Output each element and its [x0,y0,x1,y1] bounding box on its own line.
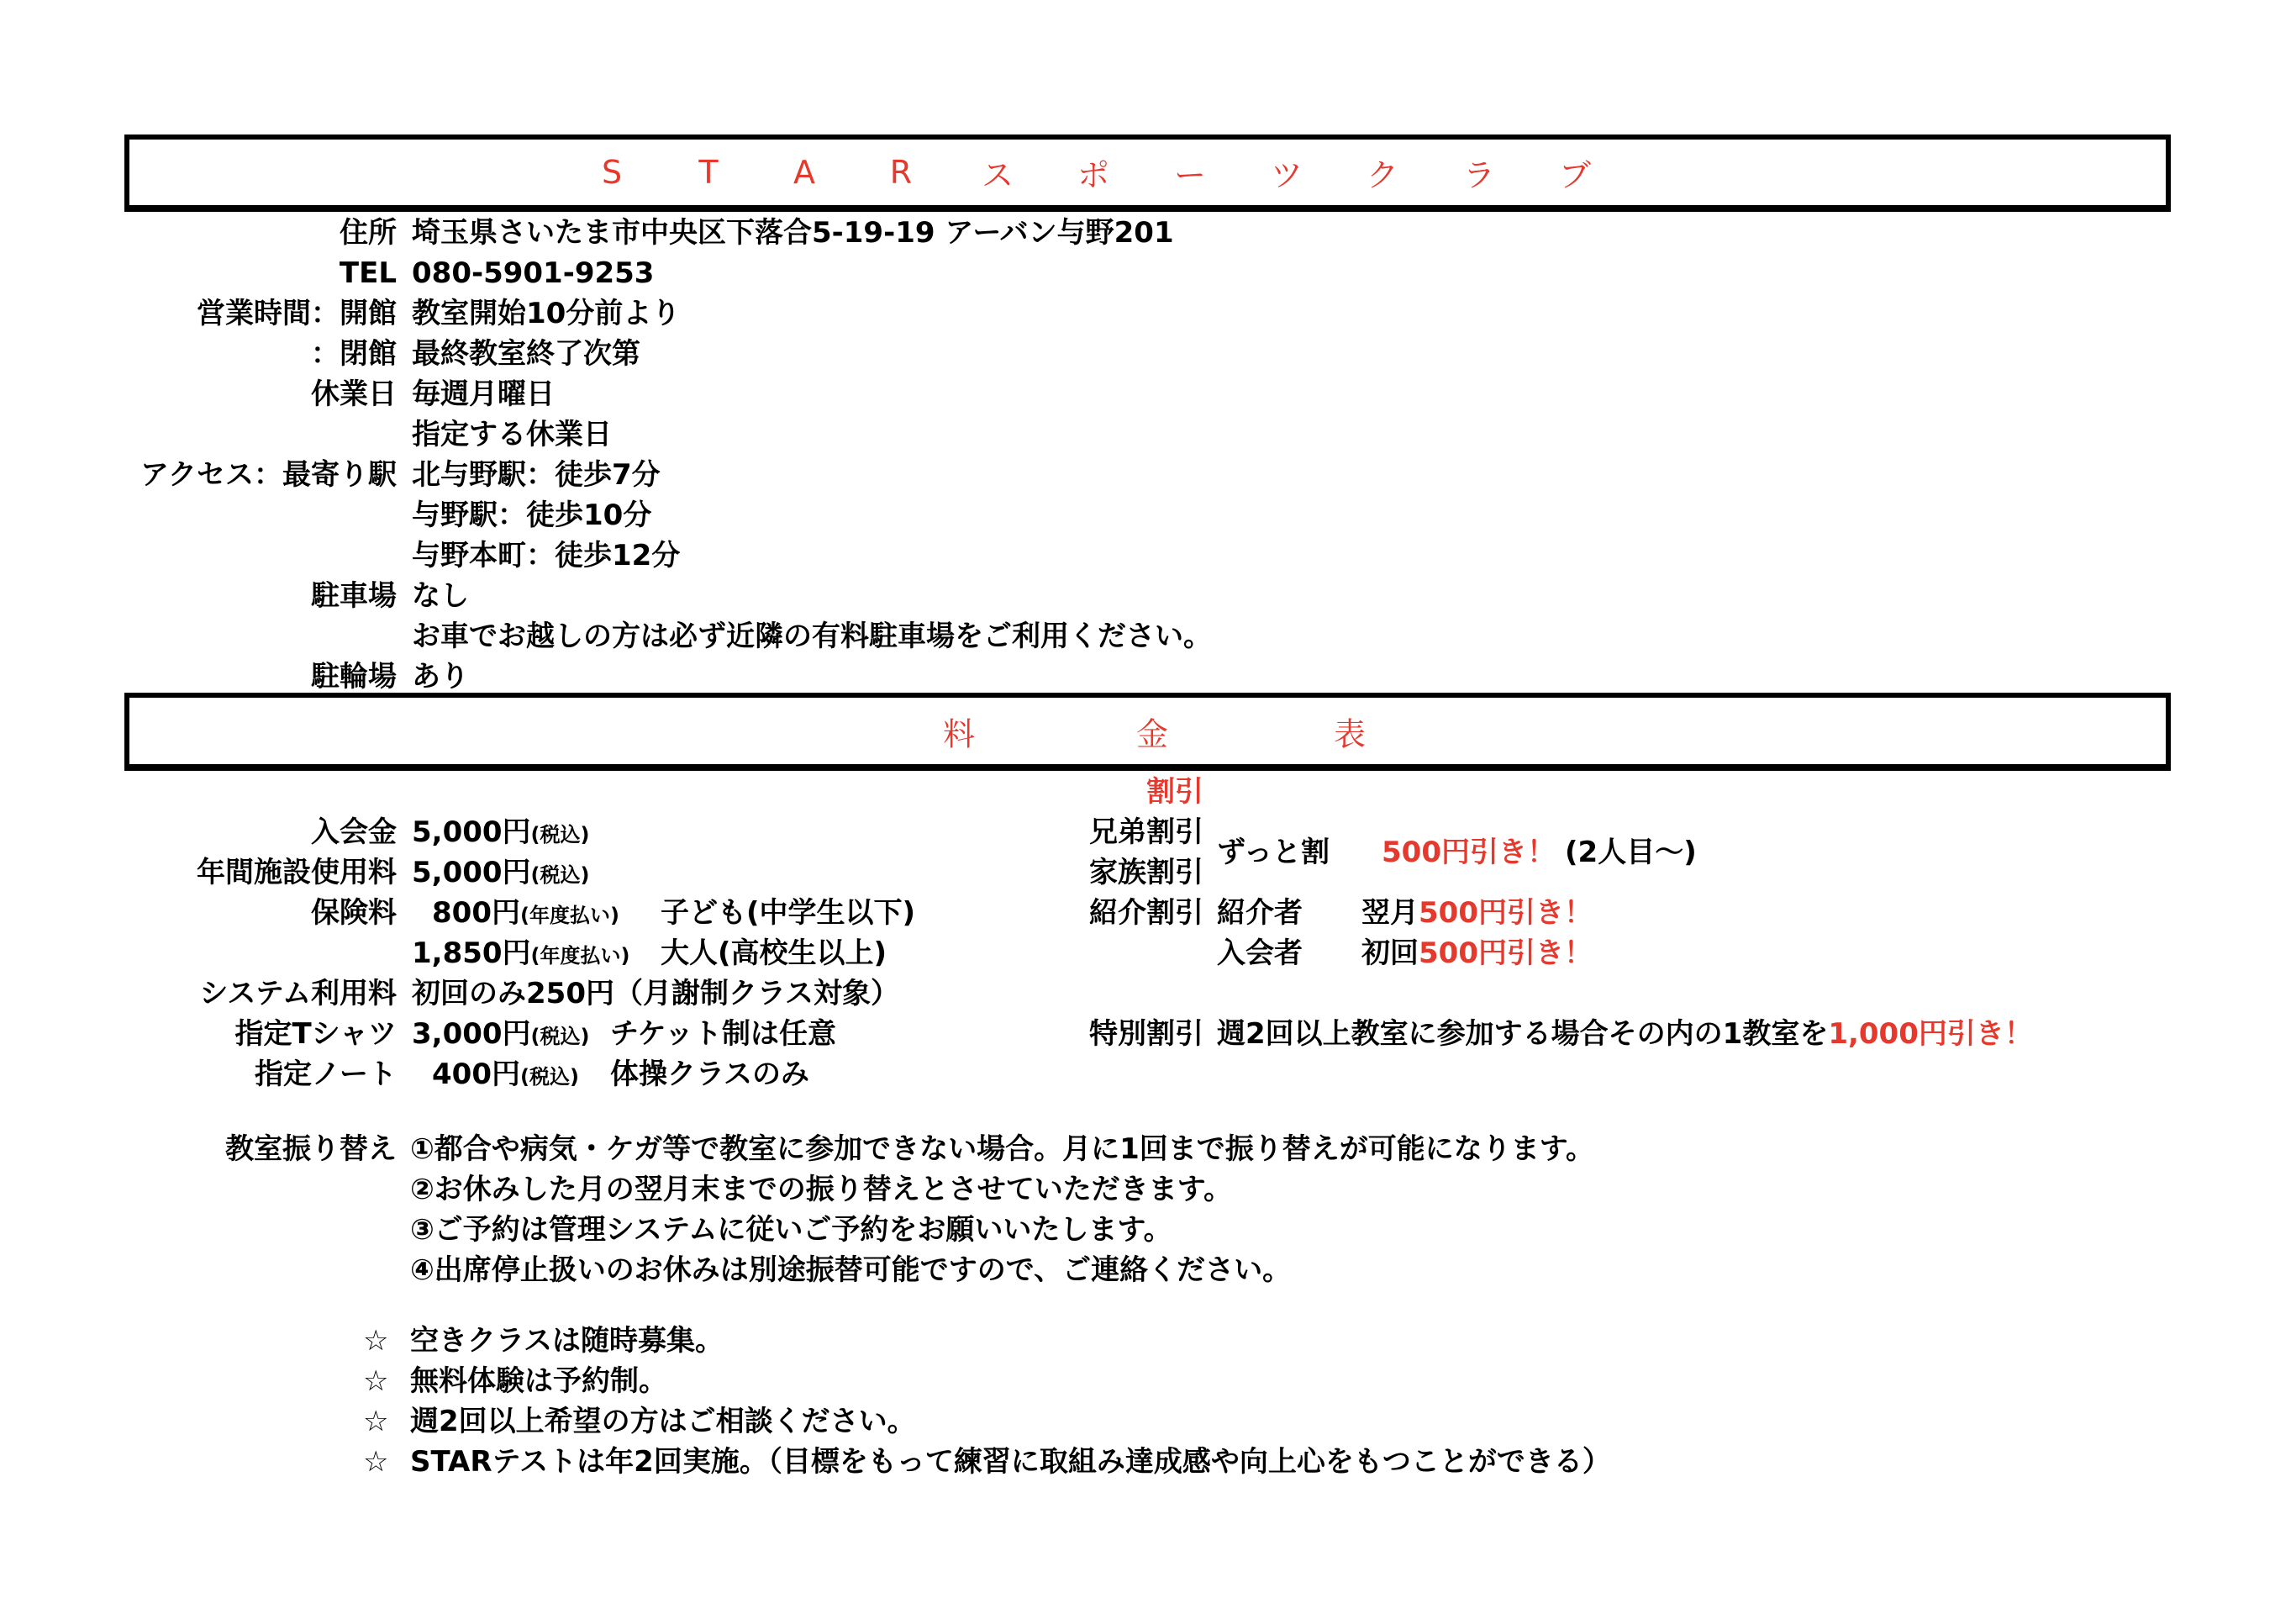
title-char: T [698,154,718,191]
note-item: ☆ 無料体験は予約制。 [363,1361,2212,1401]
info-row: 駐車場 なし [0,576,1681,616]
referrer-row: 紹介者 翌月500円引き！ [1217,893,1973,933]
star-icon: ☆ [363,1364,388,1398]
fee-row: システム利用料 初回のみ250円（月謝制クラス対象） [0,973,1008,1014]
referral-discount-label: 紹介割引 [1008,893,1203,933]
note-text: STARテストは年2回実施。（目標をもって練習に取組み達成感や向上心をもつことが… [410,1442,1611,1482]
info-row: アクセス：最寄り駅 北与野駅：徒歩7分 [0,455,1681,495]
special-discount-amount: 1,000円引き！ [1828,1017,2033,1051]
fee-row: 保険料 800円(年度払い) 子ども(中学生以下) [0,893,1008,933]
transfer-item: ③ご予約は管理システムに従いご予約をお願いいたします。 [410,1210,2259,1250]
fee-row: 指定ノート 400円(税込) 体操クラスのみ [0,1054,1008,1094]
sibling-discount-label: 兄弟割引 [1008,812,1203,852]
fee-amount: 400円 [432,1058,520,1091]
star-icon: ☆ [363,1324,388,1358]
fee-amount: 5,000円 [412,815,531,849]
discount-heading: 割引 [1008,772,1203,812]
fee-amount: 800円 [432,896,520,930]
zutto-amount: 500円引き！ [1382,832,1556,873]
info-value: あり [412,657,469,697]
info-label: ：閉館 [0,334,397,374]
info-value: 北与野駅：徒歩7分 [412,455,661,495]
info-row: ：閉館 最終教室終了次第 [0,334,1681,374]
referrer-prefix: 翌月 [1361,896,1419,930]
title-char: R [890,154,912,191]
pricing-banner: 料 金 表 [124,693,2171,771]
fee-desc: チケット制は任意 [610,1014,836,1054]
fee-amount: 1,850円 [412,936,531,970]
note-item: ☆ 週2回以上希望の方はご相談ください。 [363,1401,2212,1442]
transfer-item: ①都合や病気・ケガ等で教室に参加できない場合。月に1回まで振り替えが可能になりま… [410,1129,2259,1169]
fee-amount: 初回のみ250円（月謝制クラス対象） [412,973,899,1014]
title-char: 料 [943,708,975,754]
special-discount-text: 週2回以上教室に参加する場合その内の1教室を [1217,1017,1828,1051]
info-row: お車でお越しの方は必ず近隣の有料駐車場をご利用ください。 [0,616,1681,657]
title-char: S [602,154,622,191]
newmember-row: 入会者 初回500円引き！ [1217,933,1973,973]
title-char: ツ [1271,150,1303,196]
newmember-amount: 500円引き！ [1419,936,1593,970]
fee-label: 入会金 [0,812,397,852]
note-text: 空きクラスは随時募集。 [410,1321,724,1361]
fee-row: 指定Tシャツ 3,000円(税込) チケット制は任意 [0,1014,1008,1054]
info-row: 指定する休業日 [0,414,1681,455]
info-label: 住所 [0,213,397,253]
info-value: 080-5901-9253 [412,253,654,293]
info-row: TEL 080-5901-9253 [0,253,1681,293]
title-char: ス [982,150,1014,196]
fee-note: (税込) [531,863,590,887]
info-value: 埼玉県さいたま市中央区下落合5-19-19 アーバン与野201 [412,213,1174,253]
info-value: 与野駅：徒歩10分 [412,495,651,535]
transfer-item: ②お休みした月の翌月末までの振り替えとさせていただきます。 [410,1169,2259,1210]
title-char: ク [1367,150,1398,196]
transfer-item: ④出席停止扱いのお休みは別途振替可能ですので、ご連絡ください。 [410,1250,2259,1290]
fee-amount: 5,000円 [412,856,531,889]
newmember-name: 入会者 [1217,936,1303,970]
fee-label: 保険料 [0,893,397,933]
fee-label: 年間施設使用料 [0,852,397,893]
fee-label: システム利用料 [0,973,397,1014]
fee-note: (年度払い) [520,904,619,927]
title-banner: S T A R ス ポ ー ツ ク ラ ブ [124,134,2171,212]
info-row: 住所 埼玉県さいたま市中央区下落合5-19-19 アーバン与野201 [0,213,1681,253]
star-icon: ☆ [363,1405,388,1438]
info-label: アクセス：最寄り駅 [0,455,397,495]
info-row: 与野本町：徒歩12分 [0,535,1681,576]
zutto-name: ずっと割 [1217,836,1330,869]
fee-desc: 体操クラスのみ [610,1054,809,1094]
referrer-name: 紹介者 [1217,896,1303,930]
fee-label: 指定Tシャツ [0,1014,397,1054]
title-char: ポ [1077,150,1109,196]
note-item: ☆ STARテストは年2回実施。（目標をもって練習に取組み達成感や向上心をもつこ… [363,1442,2212,1482]
info-value: 教室開始10分前より [412,293,680,334]
newmember-prefix: 初回 [1361,936,1419,970]
fee-note: (税込) [531,823,590,847]
info-value: 毎週月曜日 [412,374,555,414]
pricing-title: 料 金 表 [129,698,2166,764]
info-value: なし [412,576,469,616]
info-row: 駐輪場 あり [0,657,1681,697]
title-char: ー [1174,150,1206,196]
zutto-suffix: (2人目～) [1565,832,1697,873]
info-value: 指定する休業日 [412,414,612,455]
fee-note: (年度払い) [531,944,630,968]
transfer-label: 教室振り替え [0,1129,397,1169]
special-discount-label: 特別割引 [1008,1014,1203,1054]
special-discount-row: 週2回以上教室に参加する場合その内の1教室を1,000円引き！ [1217,1014,2267,1054]
info-label: TEL [0,253,397,293]
zutto-discount: ずっと割 500円引き！ (2人目～) [1217,832,2225,873]
title-char: 金 [1136,708,1168,754]
referrer-amount: 500円引き！ [1419,896,1593,930]
fee-desc: 大人(高校生以上) [661,933,887,973]
info-label: 駐車場 [0,576,397,616]
title-char: 表 [1334,708,1366,754]
info-label: 休業日 [0,374,397,414]
fee-row: 年間施設使用料 5,000円(税込) [0,852,1008,893]
title-char: A [793,154,815,191]
info-row: 営業時間：開館 教室開始10分前より [0,293,1681,334]
info-value: お車でお越しの方は必ず近隣の有料駐車場をご利用ください。 [412,616,1212,657]
note-text: 週2回以上希望の方はご相談ください。 [410,1401,916,1442]
club-title: S T A R ス ポ ー ツ ク ラ ブ [129,140,2166,205]
fee-row: 入会金 5,000円(税込) [0,812,1008,852]
info-row: 休業日 毎週月曜日 [0,374,1681,414]
fee-amount: 3,000円 [412,1017,531,1051]
family-discount-label: 家族割引 [1008,852,1203,893]
fee-label: 指定ノート [0,1054,397,1094]
info-row: 与野駅：徒歩10分 [0,495,1681,535]
note-item: ☆ 空きクラスは随時募集。 [363,1321,2212,1361]
info-label: 営業時間：開館 [0,293,397,334]
info-value: 最終教室終了次第 [412,334,640,374]
title-char: ラ [1463,150,1495,196]
note-text: 無料体験は予約制。 [410,1361,667,1401]
fee-note: (税込) [520,1065,579,1089]
info-value: 与野本町：徒歩12分 [412,535,680,576]
star-icon: ☆ [363,1445,388,1479]
fee-row: 1,850円(年度払い) 大人(高校生以上) [0,933,1008,973]
fee-desc: 子ども(中学生以下) [661,893,915,933]
title-char: ブ [1559,150,1591,196]
info-label: 駐輪場 [0,657,397,697]
fee-note: (税込) [531,1025,590,1048]
